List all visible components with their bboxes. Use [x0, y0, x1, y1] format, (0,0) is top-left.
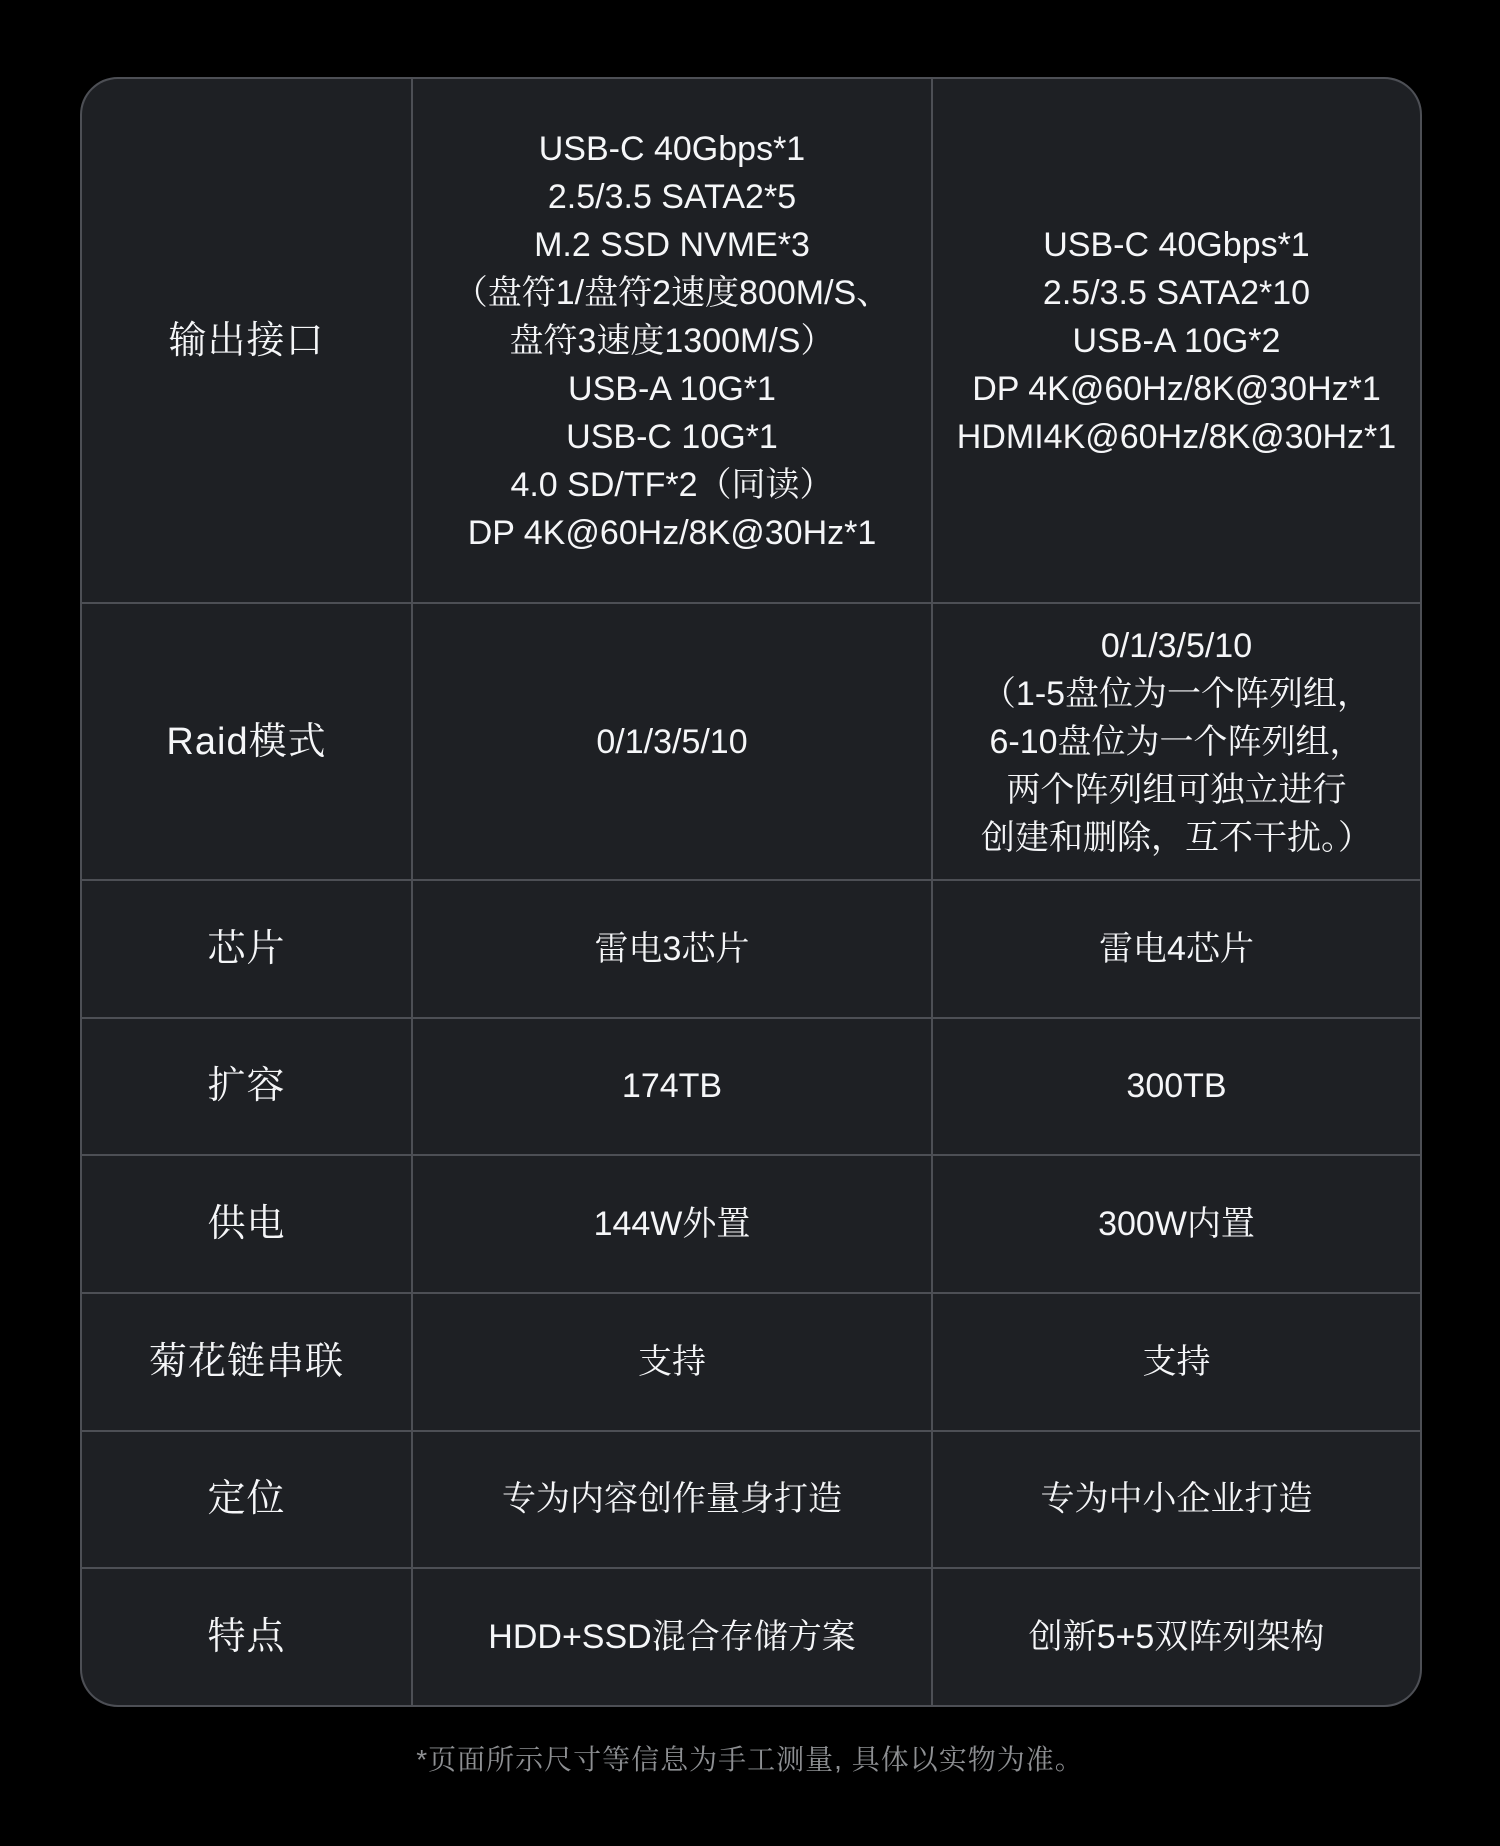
capacity-product2-value: 300TB: [933, 1019, 1420, 1155]
daisy-chain-product1-value: 支持: [413, 1294, 931, 1430]
features-product1-value: HDD+SSD混合存储方案: [413, 1569, 931, 1705]
raid-mode-label: Raid模式: [82, 604, 411, 879]
daisy-chain-product2-value: 支持: [933, 1294, 1420, 1430]
features-label: 特点: [82, 1569, 411, 1705]
daisy-chain-label: 菊花链串联: [82, 1294, 411, 1430]
positioning-product2-value: 专为中小企业打造: [933, 1432, 1420, 1568]
features-product2-value: 创新5+5双阵列架构: [933, 1569, 1420, 1705]
raid-mode-product1-value: 0/1/3/5/10: [413, 604, 931, 879]
output-ports-label: 输出接口: [82, 79, 411, 602]
positioning-product1-value: 专为内容创作量身打造: [413, 1432, 931, 1568]
power-label: 供电: [82, 1156, 411, 1292]
chip-label: 芯片: [82, 881, 411, 1017]
spec-comparison-table: 输出接口 USB-C 40Gbps*1 2.5/3.5 SATA2*5 M.2 …: [80, 77, 1422, 1707]
footnote: *页面所示尺寸等信息为手工测量, 具体以实物为准。: [0, 1738, 1500, 1778]
capacity-label: 扩容: [82, 1019, 411, 1155]
capacity-product1-value: 174TB: [413, 1019, 931, 1155]
raid-mode-product2-value: 0/1/3/5/10 （1-5盘位为一个阵列组， 6-10盘位为一个阵列组， 两…: [933, 604, 1420, 879]
output-ports-product1-value: USB-C 40Gbps*1 2.5/3.5 SATA2*5 M.2 SSD N…: [413, 79, 931, 602]
power-product1-value: 144W外置: [413, 1156, 931, 1292]
chip-product2-value: 雷电4芯片: [933, 881, 1420, 1017]
output-ports-product2-value: USB-C 40Gbps*1 2.5/3.5 SATA2*10 USB-A 10…: [933, 79, 1420, 602]
positioning-label: 定位: [82, 1432, 411, 1568]
page: 输出接口 USB-C 40Gbps*1 2.5/3.5 SATA2*5 M.2 …: [0, 0, 1500, 1846]
chip-product1-value: 雷电3芯片: [413, 881, 931, 1017]
power-product2-value: 300W内置: [933, 1156, 1420, 1292]
